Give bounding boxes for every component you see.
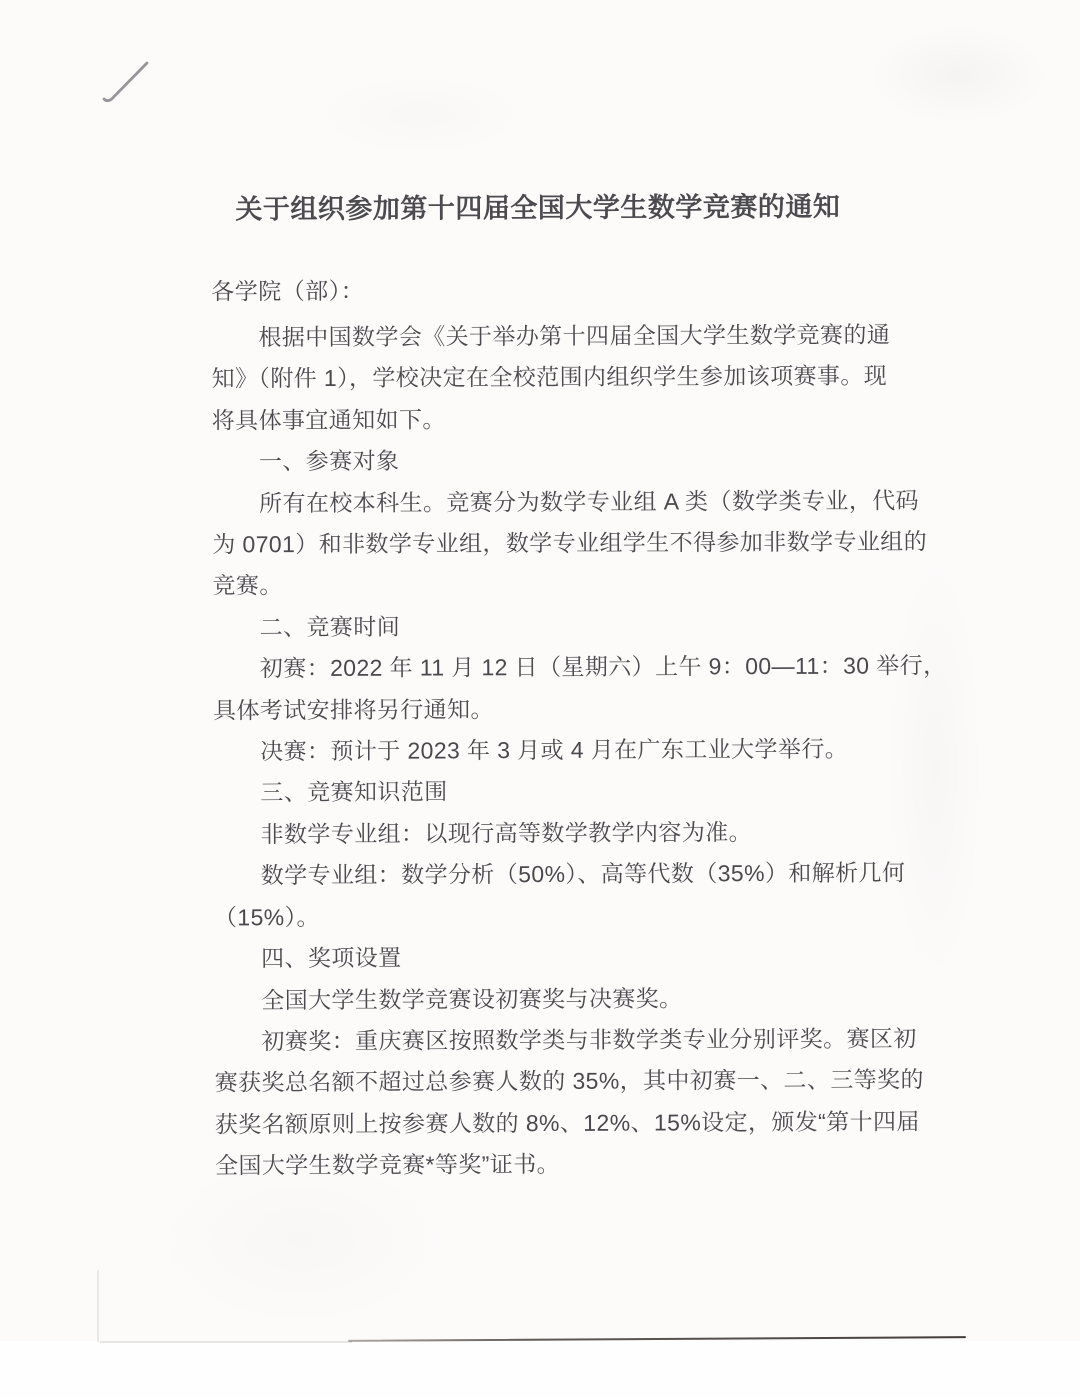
text-line: 竞赛。 [212,563,902,607]
text-line: 赛获奖总名额不超过总参赛人数的 35%，其中初赛一、二、三等奖的 [215,1060,905,1104]
section-heading: 三、竞赛知识范围 [213,770,903,814]
text-line: 根据中国数学会《关于举办第十四届全国大学生数学竞赛的通 [211,314,901,358]
text-line: 全国大学生数学竞赛设初赛奖与决赛奖。 [214,977,904,1021]
section-heading: 一、参赛对象 [212,439,902,483]
text-line: 将具体事宜通知如下。 [212,397,902,441]
paper-bottom-edge-faint [100,1341,352,1343]
text-line: 初赛奖：重庆赛区按照数学类与非数学类专业分别评奖。赛区初 [214,1018,904,1062]
text-line: 非数学专业组：以现行高等数学教学内容为准。 [213,811,903,855]
text-line: 为 0701）和非数学专业组，数学专业组学生不得参加非数学专业组的 [212,521,902,565]
scan-background: 关于组织参加第十四届全国大学生数学竞赛的通知 各学院（部）： 根据中国数学会《关… [0,0,1080,1398]
text-line: 获奖名额原则上按参赛人数的 8%、12%、15%设定，颁发“第十四届 [215,1101,905,1145]
text-line: 决赛：预计于 2023 年 3 月或 4 月在广东工业大学举行。 [213,728,903,772]
document-content: 关于组织参加第十四届全国大学生数学竞赛的通知 各学院（部）： 根据中国数学会《关… [0,0,1080,1343]
text-line: 具体考试安排将另行通知。 [213,687,903,731]
paper-sheet: 关于组织参加第十四届全国大学生数学竞赛的通知 各学院（部）： 根据中国数学会《关… [0,0,1080,1341]
section-heading: 四、奖项设置 [214,936,904,980]
text-line: 全国大学生数学竞赛*等奖”证书。 [215,1143,905,1187]
text-line: 所有在校本科生。竞赛分为数学专业组 A 类（数学类专业，代码 [212,480,902,524]
paper-left-edge [97,1270,99,1342]
scanned-notice-page: { "document": { "title": "关于组织参加第十四届全国大学… [0,0,1080,1398]
section-heading: 二、竞赛时间 [213,604,903,648]
document-lines: 根据中国数学会《关于举办第十四届全国大学生数学竞赛的通知》（附件 1），学校决定… [211,314,905,1187]
document-title: 关于组织参加第十四届全国大学生数学竞赛的通知 [0,184,1078,228]
text-line: 知》（附件 1），学校决定在全校范围内组织学生参加该项赛事。现 [212,356,902,400]
salutation: 各学院（部）： [211,273,364,307]
text-line: 数学专业组：数学分析（50%）、高等代数（35%）和解析几何 [214,853,904,897]
text-line: （15%）。 [214,894,904,938]
text-line: 初赛：2022 年 11 月 12 日（星期六）上午 9：00—11：30 举行… [213,646,903,690]
